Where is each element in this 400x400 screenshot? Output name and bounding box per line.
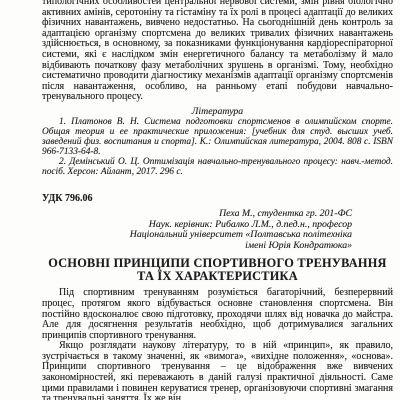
scanned-page: типологічних особливостей центральної не…: [0, 0, 400, 400]
author-line-university-cont: імені Юрія Кондратюка»: [42, 241, 352, 252]
article-paragraph-2: Якщо розглядати наукову літературу, то в…: [42, 341, 393, 400]
title-line-2: ТА ЇХ ХАРАКТЕРИСТИКА: [42, 270, 393, 283]
udc-label: УДК 796.06: [42, 194, 393, 205]
author-block: Пеха М., студентка гр. 201-ФС Наук. кері…: [42, 209, 352, 252]
continued-paragraph: типологічних особливостей центральної не…: [42, 0, 393, 103]
article-paragraph-1: Під спортивним тренуванням розуміється б…: [42, 288, 393, 341]
article-title: ОСНОВНІ ПРИНЦИПИ СПОРТИВНОГО ТРЕНУВАННЯ …: [42, 257, 393, 283]
author-line-student: Пеха М., студентка гр. 201-ФС: [42, 209, 352, 220]
literature-heading: Література: [42, 107, 393, 117]
reference-item-1: 1. Платонов В. Н. Система подготовки спо…: [42, 117, 393, 157]
reference-item-2: 2. Демінський О. Ц. Оптимізація навчальн…: [42, 157, 393, 177]
